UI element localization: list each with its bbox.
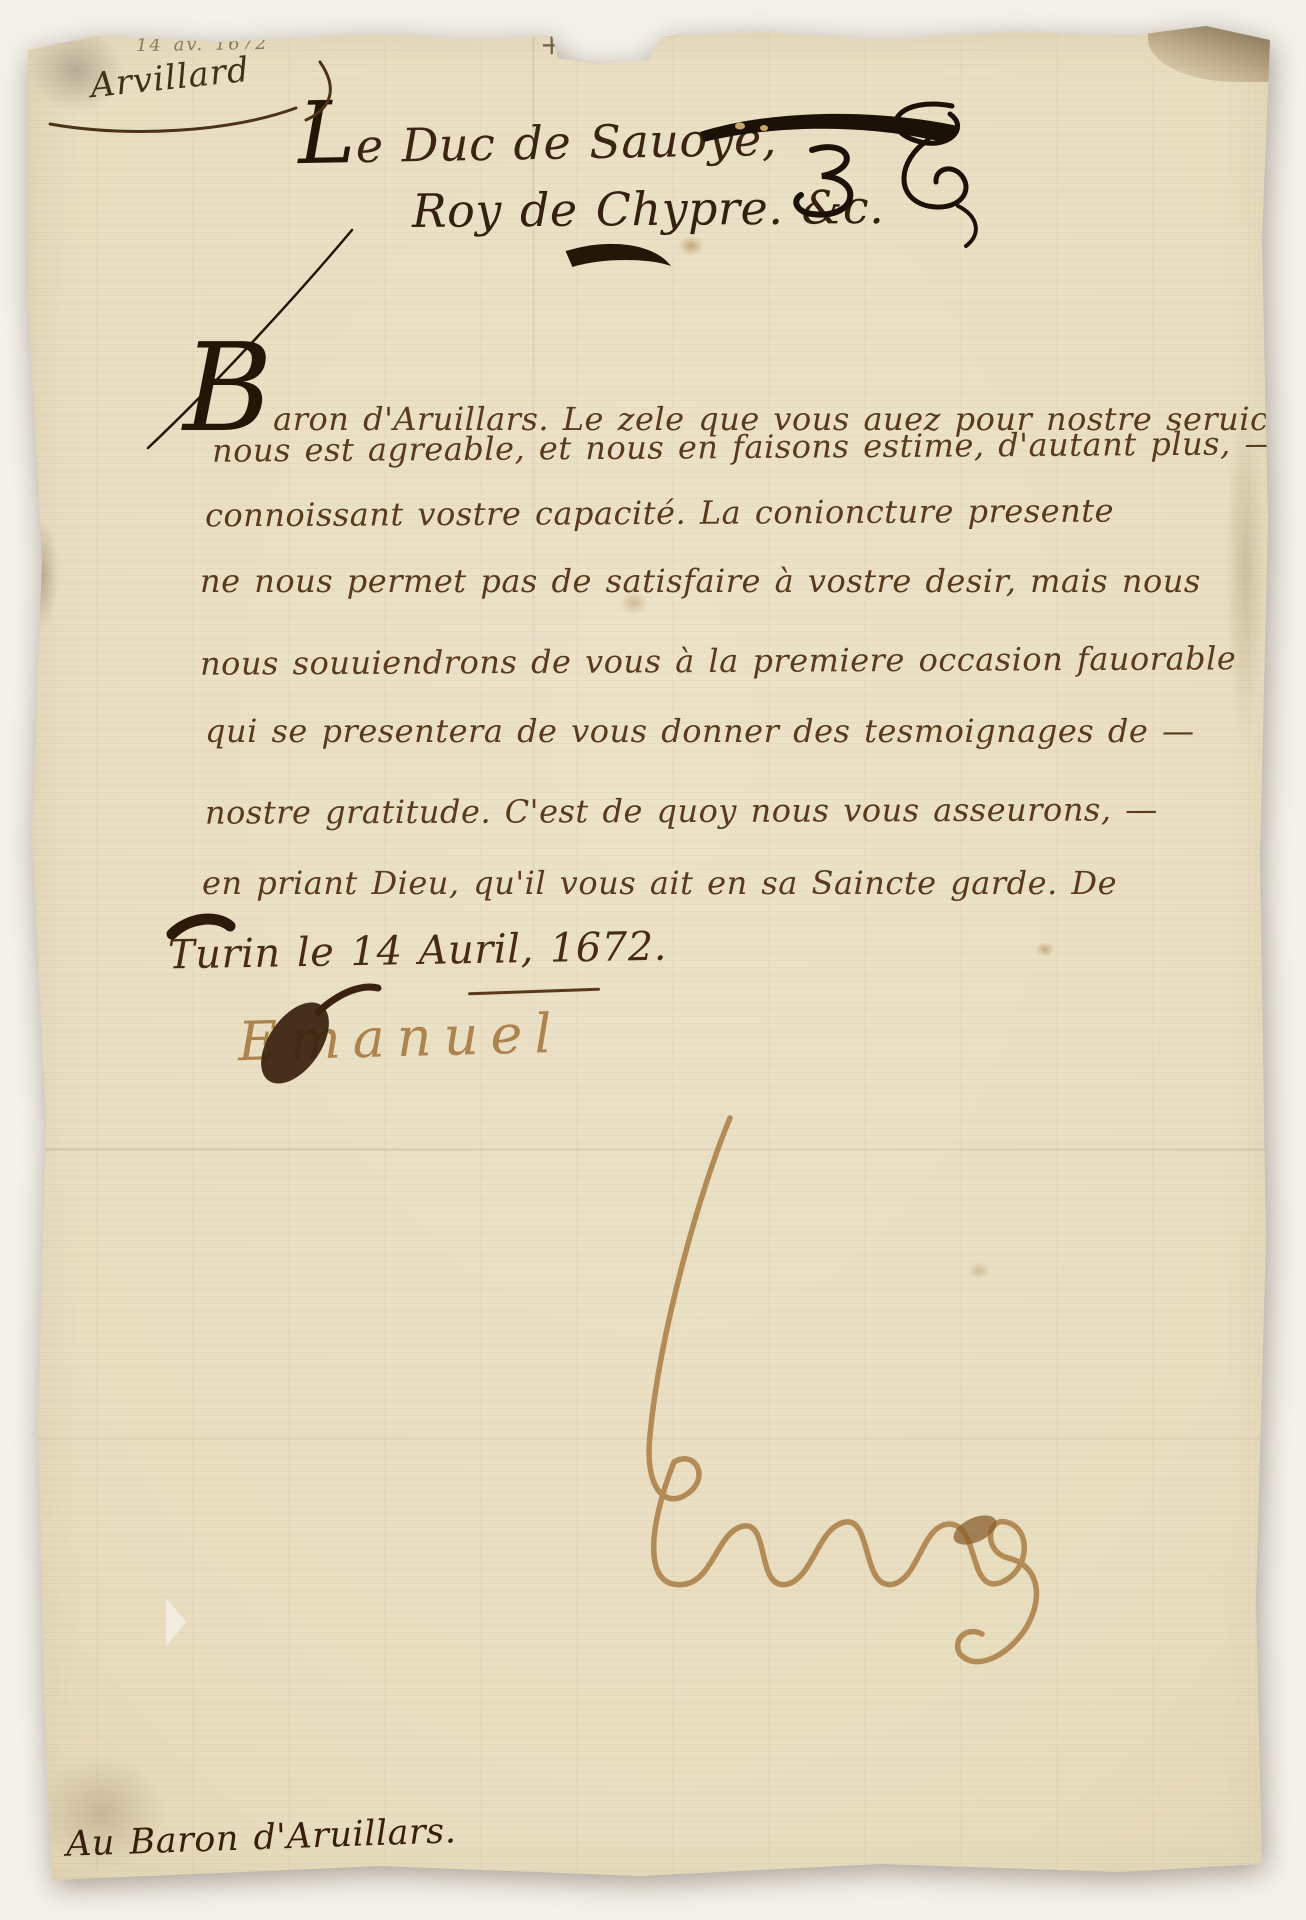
letterhead-line-1: L e Duc de Sauoye,	[297, 92, 777, 174]
body-line-7: nostre gratitude. C'est de quoy nous vou…	[205, 790, 1158, 831]
body-initial-B: B	[183, 340, 273, 438]
letter-sheet: 14 av. 1672 Arvillard + L e Duc de Sauoy…	[0, 0, 1306, 1920]
crease-horizontal	[30, 1148, 1266, 1151]
paper-tear	[166, 1598, 186, 1646]
stain	[968, 1262, 990, 1279]
body-line-1: B aron d'Aruillars. Le zele que vous aue…	[183, 340, 1288, 438]
body-line-5: nous souuiendrons de vous à la premiere …	[200, 639, 1236, 682]
body-line-3: connoissant vostre capacité. La conionct…	[205, 492, 1114, 535]
stain	[678, 236, 704, 256]
crease-horizontal	[30, 1438, 1262, 1440]
body-line-2: nous est agreable, et nous en faisons es…	[212, 424, 1277, 469]
stain	[24, 520, 58, 630]
annotation-pencil-date: 14 av. 1672	[136, 33, 269, 56]
dateline: Turin le 14 Auril, 1672.	[168, 924, 668, 979]
letterhead-initial: L	[297, 99, 356, 169]
body-line-4: ne nous permet pas de satisfaire à vostr…	[200, 562, 1201, 600]
letterhead-line-2: Roy de Chypre. &c.	[412, 180, 885, 238]
letter-sheet-wrap: 14 av. 1672 Arvillard + L e Duc de Sauoy…	[0, 0, 1306, 1920]
cross-mark: +	[540, 28, 564, 61]
royal-signature: Emanuel	[237, 1002, 564, 1074]
letterhead-line-1-text: e Duc de Sauoye,	[355, 112, 777, 173]
photo-backdrop: 14 av. 1672 Arvillard + L e Duc de Sauoy…	[0, 0, 1306, 1920]
stain	[1036, 942, 1054, 957]
body-line-8: en priant Dieu, qu'il vous ait en sa Sai…	[202, 864, 1117, 902]
body-line-6: qui se presentera de vous donner des tes…	[205, 712, 1194, 750]
